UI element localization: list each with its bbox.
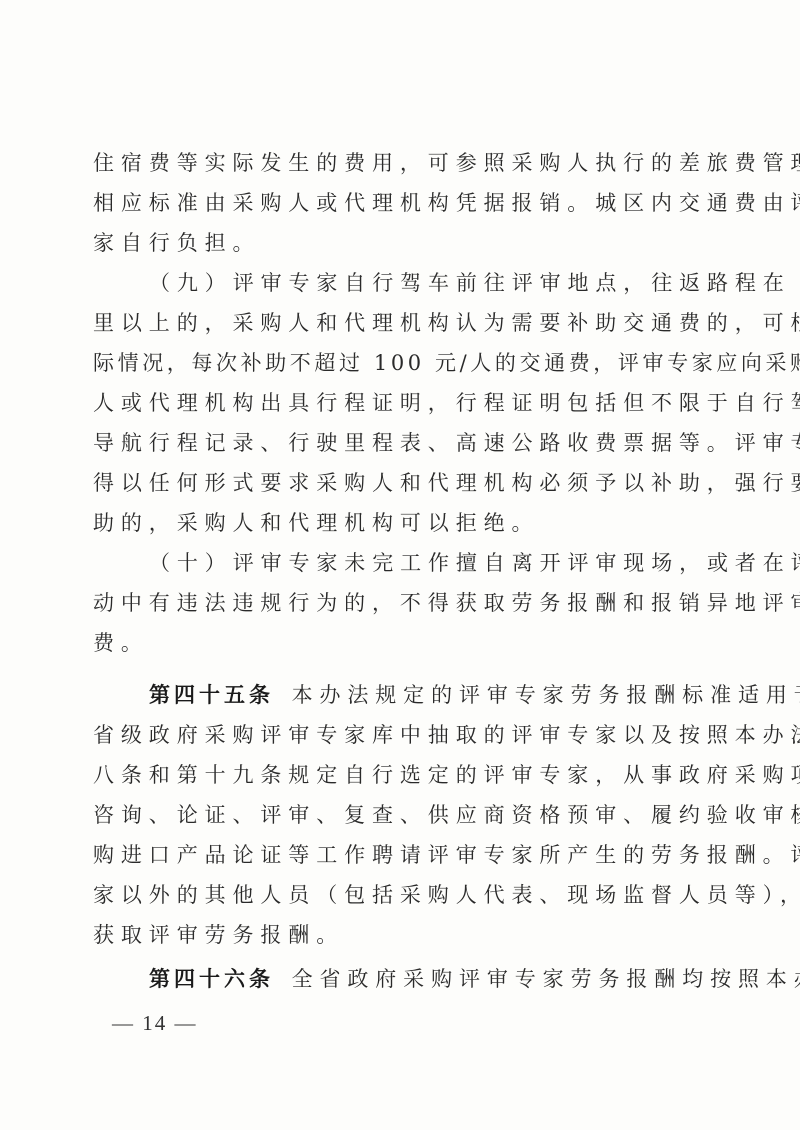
article-heading: 第四十五条	[149, 683, 274, 707]
text-line: （九）评审专家自行驾车前往评审地点，往返路程在 50 公	[149, 268, 749, 298]
article-heading: 第四十六条	[149, 967, 274, 991]
text-line: 家以外的其他人员（包括采购人代表、现场监督人员等），不得	[93, 880, 693, 910]
text-line: 相应标准由采购人或代理机构凭据报销。城区内交通费由评审专	[93, 188, 693, 218]
document-page: 住宿费等实际发生的费用，可参照采购人执行的差旅费管理办法 相应标准由采购人或代理…	[0, 0, 800, 1130]
text-line: 动中有违法违规行为的，不得获取劳务报酬和报销异地评审差旅	[93, 588, 693, 618]
article-45-first-line: 第四十五条 本办法规定的评审专家劳务报酬标准适用于从	[149, 680, 749, 710]
text-line: 八条和第十九条规定自行选定的评审专家，从事政府采购项目的	[93, 760, 693, 790]
text-line: 际情况，每次补助不超过 100 元/人的交通费，评审专家应向采购	[93, 348, 693, 378]
text-span: 全省政府采购评审专家劳务报酬均按照本办法	[292, 967, 800, 991]
text-line: 咨询、论证、评审、复查、供应商资格预审、履约验收审核、采	[93, 800, 693, 830]
page-number: — 14 —	[112, 1010, 198, 1036]
text-line: 住宿费等实际发生的费用，可参照采购人执行的差旅费管理办法	[93, 148, 693, 178]
text-line: （十）评审专家未完工作擅自离开评审现场，或者在评审活	[149, 548, 749, 578]
text-line: 费。	[93, 628, 693, 658]
text-line: 获取评审劳务报酬。	[93, 920, 693, 950]
text-line: 省级政府采购评审专家库中抽取的评审专家以及按照本办法第十	[93, 720, 693, 750]
text-span: 本办法规定的评审专家劳务报酬标准适用于从	[292, 683, 800, 707]
text-line: 导航行程记录、行驶里程表、高速公路收费票据等。评审专家不	[93, 428, 693, 458]
article-46-first-line: 第四十六条 全省政府采购评审专家劳务报酬均按照本办法	[149, 964, 749, 994]
text-line: 家自行负担。	[93, 228, 693, 258]
text-line: 购进口产品论证等工作聘请评审专家所产生的劳务报酬。评审专	[93, 840, 693, 870]
text-line: 得以任何形式要求采购人和代理机构必须予以补助，强行要求补	[93, 468, 693, 498]
text-line: 人或代理机构出具行程证明，行程证明包括但不限于自行驾车的	[93, 388, 693, 418]
text-line: 里以上的，采购人和代理机构认为需要补助交通费的，可根据实	[93, 308, 693, 338]
text-line: 助的，采购人和代理机构可以拒绝。	[93, 508, 693, 538]
